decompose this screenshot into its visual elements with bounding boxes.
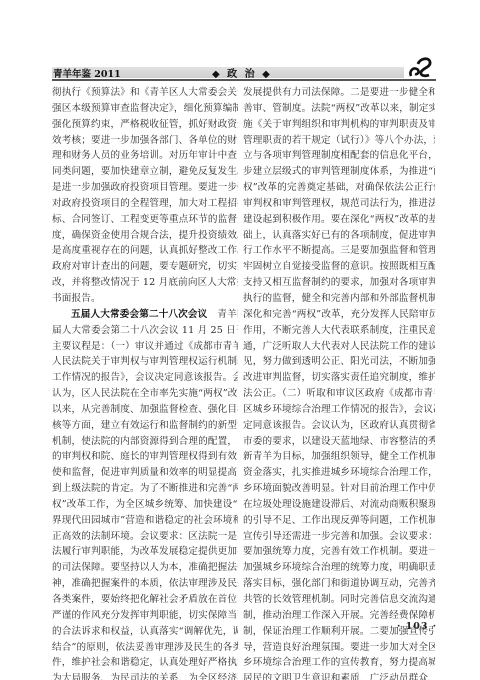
- text-line: 各类案件，要始终把化解社会矛盾放在首位，以: [52, 592, 238, 608]
- text-line: 法履行审判职能，为改革发展稳定提供更加有力: [52, 544, 238, 560]
- text-line: 核等方面，建立有效运行和监督制约的新型管理: [52, 418, 238, 434]
- section-title: ◆ 政 治 ◆: [212, 65, 272, 80]
- text-line: 神，准确把握案件的本质，依法审理涉及民生的: [52, 576, 238, 592]
- text-line: 宣传引导还需进一步完善和加强。会议要求：一: [243, 529, 435, 545]
- text-line: 件，维护社会和谐稳定，认真处理好严格执法与: [52, 655, 238, 671]
- text-line: 的司法保障。要坚持以人为本，准确把握法律精: [52, 560, 238, 576]
- text-line: 定同意该报告。会议认为，区政府认真贯彻省、: [243, 418, 435, 434]
- text-line: 强化预算约束，严格税收征管，抓好财政资金绩: [52, 117, 238, 133]
- text-line: 通，广泛听取人大代表对人民法院工作的建议意: [243, 339, 435, 355]
- text-line: 牢固树立自觉接受监督的意识。按照既相互配合: [243, 259, 435, 275]
- text-line: 加强城乡环境综合治理的统筹力度，明确职责，: [243, 560, 435, 576]
- text-line: 行工作水平不断提高。三是要加强监督和管理，: [243, 243, 435, 259]
- text-line: 政府对审计查出的问题，要专题研究，切实整: [52, 259, 238, 275]
- paragraph-heading-line: 五届人大常委会第二十八次会议青羊区五: [52, 307, 238, 323]
- text-line: 落实目标，强化部门和街道协调互动，完善齐抓: [243, 576, 435, 592]
- text-line: 市委的要求，以建设天蓝地绿、市容整洁的秀丽: [243, 434, 435, 450]
- text-line: 乡环境面貌改善明显。针对目前治理工作中仍存: [243, 481, 435, 497]
- text-line: 法公正。（二）听取和审议区政府《成都市青羊: [243, 386, 435, 402]
- text-line: 础上，认真落实好已有的各项制度，促进审判执: [243, 228, 435, 244]
- text-line: 在垃圾处理设施建设滞后、对流动商贩积聚现象: [243, 497, 435, 513]
- text-line: 权”改革的完善奠定基础，对确保依法公正行使: [243, 180, 435, 196]
- text-line: 的引导不足、工作出现反弹等问题，工作机制、: [243, 513, 435, 529]
- text-line: 正高效的法制环境。会议要求：区法院一是要依: [52, 529, 238, 545]
- text-line: 工作情况的报告》，会议决定同意该报告。会议: [52, 370, 238, 386]
- text-line: 届人大常委会第二十八次会议 11 月 25 日召开，: [52, 323, 238, 339]
- text-line: 善审、管制度。法院“两权”改革以来，制定实: [243, 101, 435, 117]
- text-line: 同类问题，要加快建章立制，避免反复发生。二: [52, 164, 238, 180]
- text-line: 深化和完善“两权”改革，充分发挥人民陪审员: [243, 307, 435, 323]
- book-title: 青羊年鉴 2011: [53, 66, 121, 80]
- running-header: 青羊年鉴 2011 ◆ 政 治 ◆: [52, 64, 436, 80]
- text-line: 乡环境综合治理工作的宣传教育，努力提高城乡: [243, 655, 435, 671]
- meeting-heading: 五届人大常委会第二十八次会议: [71, 309, 207, 320]
- text-line: 新青羊为目标，加强组织领导，健全工作机制，: [243, 449, 435, 465]
- text-line: 标、合同签订、工程变更等重点环节的监督力: [52, 212, 238, 228]
- text-line: 共管的长效管理机制。同时完善信息交流沟通机: [243, 592, 435, 608]
- text-line: 改进审判监督，切实落实责任追究制度，维护司: [243, 370, 435, 386]
- text-line: 机制，使法院的内部资源得到合理的配置，法官: [52, 434, 238, 450]
- text-line: 权”改革工作，为全区城乡统筹、加快建设“世: [52, 497, 238, 513]
- text-line: 是高度重视存在的问题，认真抓好整改工作。区: [52, 243, 238, 259]
- text-line: 导，营造良好治理氛围。要进一步加大对全区城: [243, 640, 435, 656]
- text-line: 理和财务人员的业务培训。对历年审计中查出的: [52, 148, 238, 164]
- text-line: 建设起到积极作用。要在深化“两权”改革的基: [243, 212, 435, 228]
- text-line: 执行的监督，健全和完善内部和外部监督机制，: [243, 291, 435, 307]
- text-line: 界现代田园城市”营造和谐稳定的社会环境和公: [52, 513, 238, 529]
- text-line: 步建立层级式的审判管理制度体系，为推进“两: [243, 164, 435, 180]
- page-number: · 103 ·: [397, 621, 437, 632]
- text-line: 人民法院关于审判权与审判管理权运行机制改革: [52, 354, 238, 370]
- text-line: 的合法诉求和权益，认真落实“调解优先，调判: [52, 624, 238, 640]
- text-line: 以来，从完善制度、加强监督检查、强化目标考: [52, 402, 238, 418]
- text-line: 管理职责的若干规定（试行）》等八个办法，建: [243, 133, 435, 149]
- text-line: 居民的文明卫生意识和素质，广泛动员群众，营: [243, 671, 435, 680]
- text-line: 为大局服务、为民司法的关系，为全区经济社会: [52, 671, 238, 680]
- text-line: 主要议程是：（一）审议并通过《成都市青羊区: [52, 339, 238, 355]
- text-line: 施《关于审判组织和审判机构的审判职责及审判: [243, 117, 435, 133]
- text-line: 度，确保资金使用合规合法，提升投资绩效。三: [52, 228, 238, 244]
- text-line: 对政府投资项目的全程管理，加大对工程招投: [52, 196, 238, 212]
- text-line: 书面报告。: [52, 291, 238, 307]
- heading-lead-text: 青羊区五: [217, 309, 238, 320]
- text-line: 立与各项审判管理制度相配套的信息化平台，初: [243, 148, 435, 164]
- text-line: 要加强统筹力度，完善有效工作机制。要进一步: [243, 544, 435, 560]
- left-column: 彻执行《预算法》和《青羊区人大常委会关于加强区本级预算审查监督决定》，细化预算编…: [52, 85, 238, 680]
- text-line: 资金落实，扎实推进城乡环境综合治理工作，城: [243, 465, 435, 481]
- swirl-ornament-icon: [408, 56, 434, 80]
- text-line: 发展提供有力司法保障。二是要进一步健全和完: [243, 85, 435, 101]
- text-line: 支持又相互监督制约的要求，加强对各项审判、: [243, 275, 435, 291]
- right-column: 发展提供有力司法保障。二是要进一步健全和完善审、管制度。法院“两权”改革以来，制…: [243, 85, 435, 680]
- text-line: 见，努力做到透明公正、阳光司法，不断加强和: [243, 354, 435, 370]
- text-line: 使和监督，促进审判质量和效率的明显提高，得: [52, 465, 238, 481]
- text-line: 审判权和审判管理权，规范司法行为，推进法院: [243, 196, 435, 212]
- text-line: 认为，区人民法院在全市率先实施“两权”改革: [52, 386, 238, 402]
- text-line: 作用，不断完善人大代表联系制度，注重民意沟: [243, 323, 435, 339]
- text-line: 结合”的原则，依法妥善审理涉及民生的各类案: [52, 640, 238, 656]
- text-line: 到上级法院的肯定。为了不断推进和完善“两: [52, 481, 238, 497]
- text-line: 彻执行《预算法》和《青羊区人大常委会关于加: [52, 85, 238, 101]
- text-line: 严谨的作风充分发挥审判职能，切实保障当事人: [52, 608, 238, 624]
- text-line: 改，并将整改情况于 12 月底前向区人大常委会: [52, 275, 238, 291]
- text-line: 的审判权和院、庭长的审判管理权得到有效的行: [52, 449, 238, 465]
- text-line: 是进一步加强政府投资项目管理。要进一步强化: [52, 180, 238, 196]
- text-line: 区城乡环境综合治理工作情况的报告》，会议决: [243, 402, 435, 418]
- text-line: 效考核；要进一步加强各部门、各单位的财务管: [52, 133, 238, 149]
- text-line: 强区本级预算审查监督决定》，细化预算编制，: [52, 101, 238, 117]
